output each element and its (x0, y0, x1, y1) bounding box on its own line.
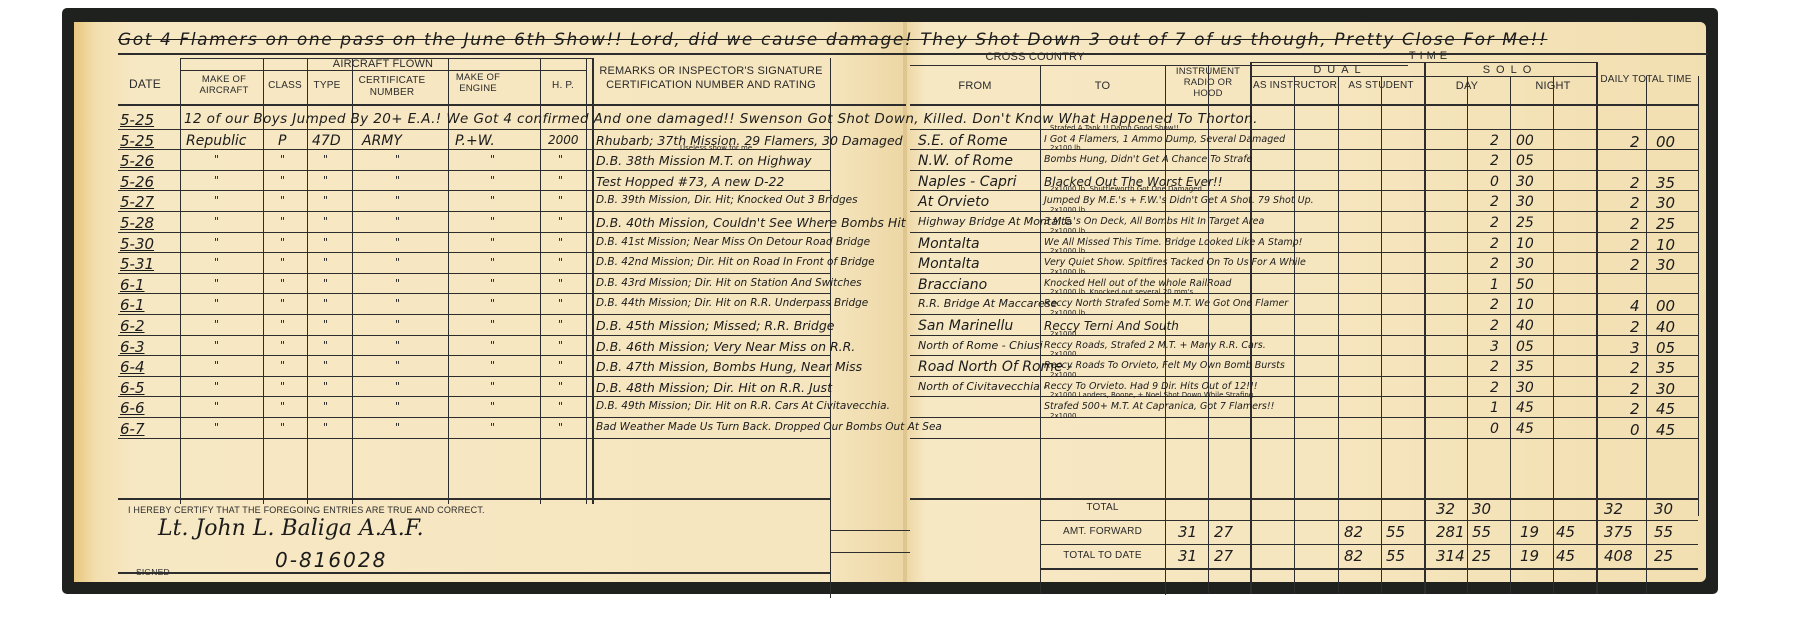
row-certificate: ARMY (362, 133, 402, 149)
row-class: " (280, 421, 285, 434)
row-type: " (323, 400, 328, 413)
row-to-remark: Jumped By M.E.'s + F.W.'s Didn't Get A S… (1044, 195, 1314, 206)
row-day-hours: 2 (1490, 215, 1499, 231)
row-class: " (280, 318, 285, 331)
header-from: FROM (910, 80, 1040, 92)
row-rule (830, 530, 910, 531)
amt-forward-night-h: 19 (1520, 523, 1539, 541)
row-hp: " (558, 297, 563, 310)
row-total-hours: 2 (1630, 318, 1640, 336)
header-hp: H. P. (540, 80, 586, 92)
row-total-hours: 2 (1630, 215, 1640, 233)
row-small-note: 2x1000 Landers, Boone, + Noel Shot Down … (1050, 391, 1255, 399)
row-from: Montalta (918, 256, 980, 272)
row-class: " (280, 236, 285, 249)
row-from: North of Civitavecchia - (918, 380, 1047, 393)
row-hp: " (558, 153, 563, 166)
row-type: " (323, 359, 328, 372)
row-from: N.W. of Rome (918, 153, 1013, 169)
row-total-minutes: 30 (1656, 380, 1675, 398)
row-from: San Marinellu (918, 318, 1013, 334)
header-instrument: INSTRUMENT RADIO OR HOOD (1168, 66, 1248, 99)
row-small-note: 2x1000 (1050, 330, 1076, 338)
row-engine: " (490, 359, 495, 372)
row-to-remark: Reccy Roads To Orvieto, Felt My Own Bomb… (1044, 360, 1285, 371)
total-to-date-student-h: 82 (1344, 547, 1363, 565)
row-remarks: D.B. 40th Mission, Couldn't See Where Bo… (596, 215, 906, 230)
row-rule (910, 396, 1698, 397)
header-day: DAY (1424, 80, 1510, 92)
row-type: " (323, 194, 328, 207)
row-hp: " (558, 359, 563, 372)
column-rule (1646, 497, 1647, 593)
total-to-date-daily-h: 408 (1604, 547, 1633, 565)
column-rule (1698, 76, 1699, 516)
row-small-note: 2x1000 lb. (1050, 268, 1087, 276)
row-rule (1040, 544, 1698, 545)
row-total-minutes: 00 (1656, 133, 1675, 151)
row-rule (910, 498, 1698, 500)
row-rule (910, 355, 1698, 356)
row-total-hours: 4 (1630, 297, 1640, 315)
amt-forward-instrument-m: 27 (1214, 523, 1233, 541)
signed-label: SIGNED (136, 566, 196, 578)
row-day-hours: 2 (1490, 318, 1499, 334)
row-to-remark: Bombs Hung, Didn't Get A Chance To Straf… (1044, 154, 1252, 165)
row-total-minutes: 00 (1656, 297, 1675, 315)
row-small-note: 2x1000 (1050, 371, 1076, 379)
row-engine: " (490, 339, 495, 352)
row-date: 5-30 (120, 235, 154, 253)
row-certificate: " (395, 236, 400, 249)
row-small-note: 2x1000 lb. Knocked out several 20 mm's (1050, 288, 1193, 296)
row-certificate: " (395, 421, 400, 434)
row-type: " (323, 318, 328, 331)
row-total-hours: 3 (1630, 339, 1640, 357)
row-date: 5-25 (120, 111, 154, 129)
row-total-hours: 2 (1630, 380, 1640, 398)
amt-forward-daily-m: 55 (1654, 523, 1673, 541)
column-rule (1553, 497, 1554, 593)
row-day-minutes: 00 (1516, 133, 1534, 149)
row-rule (118, 273, 830, 274)
row-total-hours: 2 (1630, 133, 1640, 151)
header-make-aircraft: MAKE OF AIRCRAFT (185, 74, 263, 96)
row-hp: " (558, 215, 563, 228)
row-type: " (323, 277, 328, 290)
row-type: " (323, 380, 328, 393)
row-small-note: 2x1000 lb. Shuttleworth Got One Damaged (1050, 185, 1202, 193)
row-date: 6-6 (120, 399, 145, 417)
row-certificate: " (395, 153, 400, 166)
row-make-aircraft: " (214, 153, 219, 166)
row-make-aircraft: " (214, 421, 219, 434)
column-rule (1553, 76, 1554, 516)
row-small-note: 2x1000 lb. (1050, 227, 1087, 235)
row-total-minutes: 10 (1656, 236, 1675, 254)
row-rule (118, 252, 830, 253)
row-make-aircraft: " (214, 339, 219, 352)
row-day-hours: 2 (1490, 153, 1499, 169)
row-class: " (280, 380, 285, 393)
row-engine: P.+W. (455, 133, 495, 149)
column-rule (1596, 62, 1598, 594)
row-small-note: 2x1000 lb. (1050, 247, 1087, 255)
header-as-instructor: AS INSTRUCTOR (1252, 80, 1338, 91)
row-rule (910, 252, 1698, 253)
header-certificate-number: CERTIFICATE NUMBER (352, 75, 432, 99)
row-day-minutes: 45 (1516, 400, 1534, 416)
row-remarks: D.B. 47th Mission, Bombs Hung, Near Miss (596, 359, 862, 374)
row-total-hours: 2 (1630, 400, 1640, 418)
row-total-hours: 2 (1630, 194, 1640, 212)
row-to-remark: Reccy Roads, Strafed 2 M.T. + Many R.R. … (1044, 340, 1266, 351)
row-class: " (280, 153, 285, 166)
row-make-aircraft: " (214, 400, 219, 413)
certify-statement: I HEREBY CERTIFY THAT THE FOREGOING ENTR… (128, 504, 548, 516)
row-certificate: " (395, 380, 400, 393)
row-date: 6-2 (120, 317, 145, 335)
column-rule (1467, 497, 1468, 593)
header-date: DATE (110, 78, 180, 90)
row-day-minutes: 50 (1516, 277, 1534, 293)
row-class: " (280, 339, 285, 352)
row-type: " (323, 236, 328, 249)
row-day-minutes: 40 (1516, 318, 1534, 334)
row-day-minutes: 35 (1516, 359, 1534, 375)
row-class: " (280, 215, 285, 228)
column-rule (1467, 76, 1468, 516)
row-remarks: D.B. 43rd Mission; Dir. Hit on Station A… (596, 277, 862, 289)
amt-forward-day-m: 55 (1472, 523, 1491, 541)
amt-forward-instrument-h: 31 (1178, 523, 1197, 541)
row-day-minutes: 45 (1516, 421, 1534, 437)
row-day-hours: 3 (1490, 339, 1499, 355)
total-day-h: 32 (1436, 500, 1455, 518)
header-daily-total: DAILY TOTAL TIME (1596, 74, 1696, 85)
row-engine: " (490, 297, 495, 310)
row-certificate: " (395, 256, 400, 269)
row-rule (118, 498, 830, 500)
row-rule (910, 376, 1698, 377)
column-rule (1424, 62, 1426, 594)
row-remarks: D.B. 48th Mission; Dir. Hit on R.R. Just (596, 380, 832, 395)
total-to-date-night-m: 45 (1556, 547, 1575, 565)
row-hp: " (558, 400, 563, 413)
row-engine: " (490, 236, 495, 249)
header-make-engine: MAKE OF ENGINE (448, 72, 508, 94)
row-class: " (280, 277, 285, 290)
row-rule (1040, 520, 1698, 521)
total-to-date-student-m: 55 (1386, 547, 1405, 565)
header-night: NIGHT (1510, 80, 1596, 92)
row-day-hours: 1 (1490, 277, 1499, 293)
row-date: 6-5 (120, 379, 145, 397)
row-small-note: 2x1000 (1050, 350, 1076, 358)
total-to-date-day-h: 314 (1436, 547, 1465, 565)
row-small-note: Strafed A Tank !! Damn Good Show!! (1050, 124, 1179, 132)
row-certificate: " (395, 277, 400, 290)
row-rule (910, 438, 1698, 439)
header-remarks: REMARKS OR INSPECTOR'S SIGNATURE CERTIFI… (596, 64, 826, 92)
row-rule (118, 170, 830, 171)
row-class: P (278, 133, 286, 149)
row-rule (118, 314, 830, 315)
row-from: Naples - Capri (918, 174, 1017, 190)
total-to-date-night-h: 19 (1520, 547, 1539, 565)
total-to-date-instrument-h: 31 (1178, 547, 1197, 565)
column-rule (1294, 76, 1295, 516)
row-rule (118, 355, 830, 356)
row-remarks: D.B. 49th Mission; Dir. Hit on R.R. Cars… (596, 400, 890, 412)
row-remarks: D.B. 42nd Mission; Dir. Hit on Road In F… (596, 256, 875, 268)
row-total-hours: 2 (1630, 256, 1640, 274)
header-cross-country: CROSS COUNTRY (910, 51, 1160, 63)
amt-forward-student-h: 82 (1344, 523, 1363, 541)
row-type: " (323, 215, 328, 228)
row-date: 5-27 (120, 193, 154, 211)
row-total-minutes: 35 (1656, 174, 1675, 192)
row-class: " (280, 297, 285, 310)
row-certificate: " (395, 194, 400, 207)
row-from: Bracciano (918, 277, 987, 293)
row-date: 6-1 (120, 276, 145, 294)
row-make-aircraft: " (214, 380, 219, 393)
row-date: 6-4 (120, 358, 145, 376)
row-day-hours: 2 (1490, 297, 1499, 313)
column-rule (1338, 497, 1339, 593)
row-day-hours: 2 (1490, 194, 1499, 210)
row-total-hours: 0 (1630, 421, 1640, 439)
serial-number: 0-816028 (275, 548, 387, 572)
row-engine: " (490, 277, 495, 290)
row-make-aircraft: " (214, 359, 219, 372)
row-rule (910, 129, 1698, 130)
row-make-aircraft: Republic (186, 133, 246, 149)
row-total-minutes: 25 (1656, 215, 1675, 233)
row-type: " (323, 339, 328, 352)
row-rule (118, 293, 830, 294)
row-hp: " (558, 421, 563, 434)
book-spine (903, 22, 907, 582)
amt-forward-night-m: 45 (1556, 523, 1575, 541)
row-total-minutes: 45 (1656, 421, 1675, 439)
row-engine: " (490, 256, 495, 269)
row-certificate: " (395, 174, 400, 187)
row-total-hours: 2 (1630, 236, 1640, 254)
total-to-date-day-m: 25 (1472, 547, 1491, 565)
row-rule (118, 376, 830, 377)
row-make-aircraft: " (214, 297, 219, 310)
row-date: 6-3 (120, 338, 145, 356)
row-rule (118, 232, 830, 233)
row-date: 5-31 (120, 255, 154, 273)
row-day-hours: 2 (1490, 359, 1499, 375)
amt-forward-student-m: 55 (1386, 523, 1405, 541)
row-make-aircraft: " (214, 256, 219, 269)
row-remarks: D.B. 44th Mission; Dir. Hit on R.R. Unde… (596, 297, 868, 309)
header-dual: DUAL (1250, 64, 1430, 76)
row-hp: " (558, 339, 563, 352)
row-rule (118, 417, 830, 418)
row-type: " (323, 297, 328, 310)
row-hp: " (558, 174, 563, 187)
row-rule (118, 129, 830, 130)
row-rule (830, 552, 910, 553)
total-day-m: 30 (1472, 500, 1491, 518)
row-date: 5-26 (120, 152, 154, 170)
row-date: 6-7 (120, 420, 145, 438)
row-engine: " (490, 380, 495, 393)
row-total-minutes: 30 (1656, 256, 1675, 274)
row-total-hours: 2 (1630, 174, 1640, 192)
row-day-hours: 2 (1490, 380, 1499, 396)
header-as-student: AS STUDENT (1338, 80, 1424, 91)
row-engine: " (490, 421, 495, 434)
row-type: " (323, 421, 328, 434)
row-certificate: " (395, 215, 400, 228)
row-hp: " (558, 318, 563, 331)
row-class: " (280, 359, 285, 372)
row-type: " (323, 256, 328, 269)
row-day-minutes: 05 (1516, 153, 1534, 169)
header-bottom-rule (118, 104, 906, 106)
row-certificate: " (395, 359, 400, 372)
row-rule (910, 335, 1698, 336)
total-label: TOTAL (1040, 502, 1165, 514)
row-date: 5-28 (120, 214, 154, 232)
row-date: 6-1 (120, 296, 145, 314)
row-date: 5-26 (120, 173, 154, 191)
row-rule (118, 438, 830, 439)
column-rule (1510, 497, 1511, 593)
row-total-minutes: 40 (1656, 318, 1675, 336)
row-type: 47D (312, 133, 341, 149)
row-day-hours: 0 (1490, 421, 1499, 437)
signature: Lt. John L. Baliga A.A.F. (158, 516, 424, 541)
row-class: " (280, 256, 285, 269)
row-day-minutes: 10 (1516, 236, 1534, 252)
row-rule (910, 273, 1698, 274)
row-rule (118, 396, 830, 397)
header-solo: SOLO (1424, 64, 1596, 76)
row-rule (910, 170, 1698, 171)
row-engine: " (490, 400, 495, 413)
row-to-remark: Very Quiet Show. Spitfires Tacked On To … (1044, 257, 1306, 268)
row-certificate: " (395, 318, 400, 331)
header-rule (1250, 62, 1596, 63)
row-day-minutes: 25 (1516, 215, 1534, 231)
column-rule (1510, 76, 1511, 516)
row-hp: " (558, 236, 563, 249)
row-certificate: " (395, 297, 400, 310)
row-class: " (280, 174, 285, 187)
row-remarks: D.B. 39th Mission, Dir. Hit; Knocked Out… (596, 194, 858, 206)
row-total-minutes: 30 (1656, 194, 1675, 212)
amt-forward-daily-h: 375 (1604, 523, 1633, 541)
row-total-hours: 2 (1630, 359, 1640, 377)
row-remarks: D.B. 38th Mission M.T. on Highway (596, 153, 812, 168)
row-rule (910, 314, 1698, 315)
row-remarks-note: Useless show for me. (680, 144, 754, 152)
row-from: S.E. of Rome (918, 133, 1008, 149)
row-small-note: 2x1000 lb. (1050, 206, 1087, 214)
total-daily-m: 30 (1654, 500, 1673, 518)
amt-forward-day-h: 281 (1436, 523, 1465, 541)
row-make-aircraft: " (214, 277, 219, 290)
row-day-minutes: 30 (1516, 194, 1534, 210)
row-day-minutes: 30 (1516, 380, 1534, 396)
row-hp: " (558, 380, 563, 393)
header-type: TYPE (307, 80, 347, 92)
row-day-minutes: 05 (1516, 339, 1534, 355)
row-certificate: " (395, 400, 400, 413)
total-to-date-daily-m: 25 (1654, 547, 1673, 565)
row-total-minutes: 45 (1656, 400, 1675, 418)
row-make-aircraft: " (214, 194, 219, 207)
column-rule (1338, 76, 1339, 516)
row-type: " (323, 174, 328, 187)
row-day-hours: 2 (1490, 236, 1499, 252)
column-rule (1381, 76, 1382, 516)
row-from: North of Rome - Chiusi (918, 339, 1043, 352)
row-rule (118, 211, 830, 212)
row-rule (910, 417, 1698, 418)
row-rule (910, 232, 1698, 233)
row-total-minutes: 05 (1656, 339, 1675, 357)
row-day-minutes: 10 (1516, 297, 1534, 313)
row-type: " (323, 153, 328, 166)
column-rule (1646, 76, 1647, 516)
row-from: R.R. Bridge At Maccarese (918, 297, 1057, 310)
row-remarks: D.B. 46th Mission; Very Near Miss on R.R… (596, 339, 855, 354)
amt-forward-label: AMT. FORWARD (1040, 526, 1165, 538)
row-small-note: 2x1000 (1050, 412, 1076, 420)
column-rule (1381, 497, 1382, 593)
row-hp: 2000 (548, 133, 579, 147)
footer-rule (118, 572, 830, 574)
row-rule (118, 335, 830, 336)
row-class: " (280, 194, 285, 207)
row-total-minutes: 35 (1656, 359, 1675, 377)
row-day-hours: 1 (1490, 400, 1499, 416)
row-make-aircraft: " (214, 236, 219, 249)
row-rule (1040, 568, 1698, 570)
total-to-date-instrument-m: 27 (1214, 547, 1233, 565)
row-rule (910, 190, 1698, 191)
row-make-aircraft: " (214, 318, 219, 331)
row-engine: " (490, 194, 495, 207)
header-time: TIME (1380, 50, 1480, 62)
row-engine: " (490, 318, 495, 331)
total-to-date-label: TOTAL TO DATE (1040, 550, 1165, 562)
row-hp: " (558, 256, 563, 269)
row-small-note: 2x1000 lb. (1050, 309, 1087, 317)
row-class: " (280, 400, 285, 413)
row-to-remark: Reccy North Strafed Some M.T. We Got One… (1044, 298, 1288, 309)
row-engine: " (490, 215, 495, 228)
header-bottom-rule (910, 104, 1698, 106)
row-engine: " (490, 153, 495, 166)
row-small-note: 2x100 lb. (1050, 144, 1083, 152)
row-rule (910, 293, 1698, 294)
total-daily-h: 32 (1604, 500, 1623, 518)
row-make-aircraft: " (214, 174, 219, 187)
row-remarks: Bad Weather Made Us Turn Back. Dropped O… (596, 421, 942, 433)
header-class: CLASS (263, 80, 307, 92)
row-remarks: D.B. 45th Mission; Missed; R.R. Bridge (596, 318, 834, 333)
row-day-minutes: 30 (1516, 174, 1534, 190)
